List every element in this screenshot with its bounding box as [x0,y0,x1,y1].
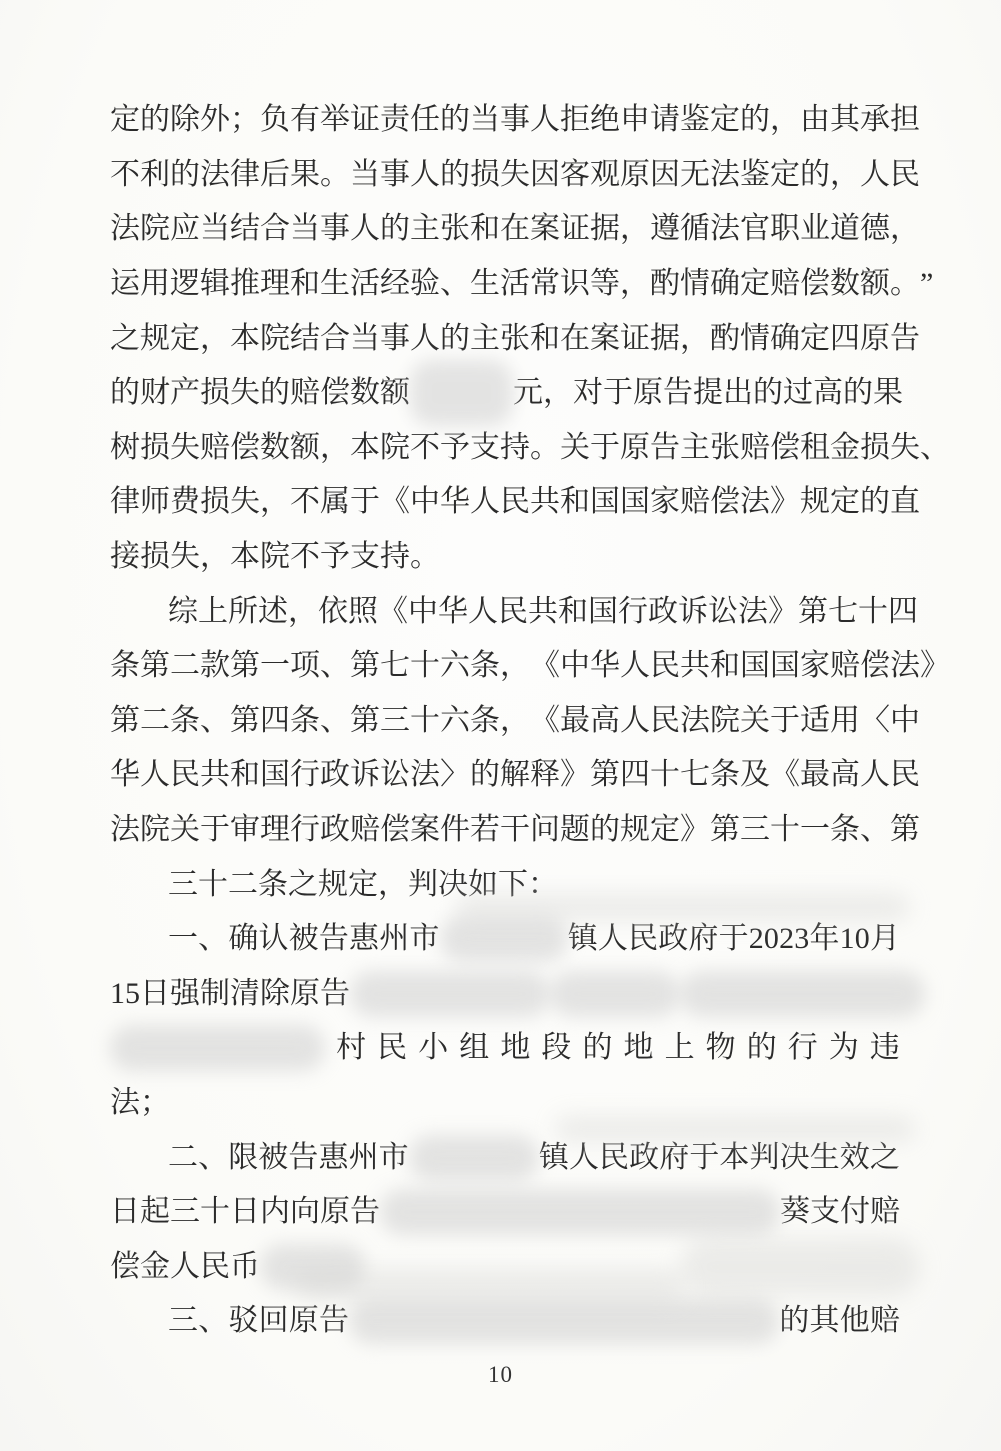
text-line: 15日强制清除原告 [110,967,900,1022]
text-block: 定的除外；负有举证责任的当事人拒绝申请鉴定的，由其承担不利的法律后果。当事人的损… [110,93,900,1349]
redaction-smudge [295,1268,685,1302]
redaction-blur [550,971,680,1017]
redaction-smudge [455,893,910,921]
text-line: 法院关于审理行政赔偿案件若干问题的规定》第三十一条、第 [110,803,900,858]
text-line: 日起三十日内向原告葵支付赔 [110,1185,900,1240]
redaction-blur [440,916,568,962]
redaction-smudge [555,1116,915,1142]
redaction-blur [349,1298,779,1344]
text-line: 条第二款第一项、第七十六条，《中华人民共和国国家赔偿法》 [110,639,900,694]
scanned-judgment-page: 定的除外；负有举证责任的当事人拒绝申请鉴定的，由其承担不利的法律后果。当事人的损… [0,0,1001,1451]
text-line: 的财产损失的赔偿数额元，对于原告提出的过高的果 [110,366,900,421]
text-line: 律师费损失，不属于《中华人民共和国国家赔偿法》规定的直 [110,475,900,530]
text-line: 接损失，本院不予支持。 [110,530,900,585]
text-line: 华人民共和国行政诉讼法〉的解释》第四十七条及《最高人民 [110,748,900,803]
text-line: 定的除外；负有举证责任的当事人拒绝申请鉴定的，由其承担 [110,93,900,148]
redaction-blur [680,971,925,1017]
redaction-blur [350,971,550,1017]
redaction-smudge [680,1238,920,1296]
text-line: 运用逻辑推理和生活经验、生活常识等，酌情确定赔偿数额。” [110,257,900,312]
redaction-blur [380,1189,780,1235]
text-line: 综上所述，依照《中华人民共和国行政诉讼法》第七十四 [110,584,900,639]
text-line: 第二条、第四条、第三十六条，《最高人民法院关于适用〈中 [110,694,900,749]
redaction-blur [409,1135,539,1181]
redaction-blur [410,360,513,426]
text-line: 不利的法律后果。当事人的损失因客观原因无法鉴定的，人民 [110,148,900,203]
text-line: 树损失赔偿数额，本院不予支持。关于原告主张赔偿租金损失、 [110,421,900,476]
text-line: 法院应当结合当事人的主张和在案证据，遵循法官职业道德， [110,202,900,257]
text-line: 村民小组地段的地上物的行为违 [110,1021,900,1076]
text-line: 三、驳回原告的其他赔 [110,1294,900,1349]
page-number: 10 [0,1362,1001,1388]
redaction-blur [110,1025,325,1071]
text-line: 之规定，本院结合当事人的主张和在案证据，酌情确定四原告 [110,311,900,366]
